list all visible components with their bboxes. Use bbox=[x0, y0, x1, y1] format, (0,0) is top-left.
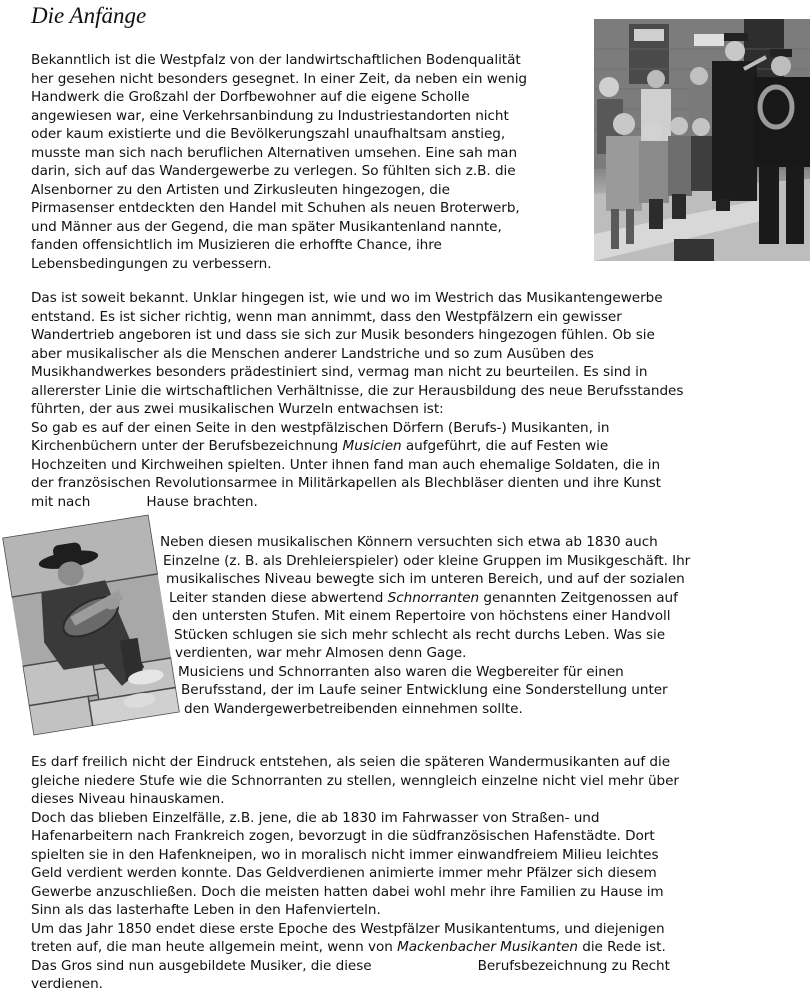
paragraph-line: und Männer aus der Gegend, die man späte… bbox=[31, 218, 502, 236]
hurdy-gurdy-player-photo bbox=[2, 515, 179, 736]
page-title: Die Anfänge bbox=[31, 3, 146, 29]
street-musicians-photo bbox=[594, 19, 810, 261]
paragraph-line: Pirmasenser entdeckten den Handel mit Sc… bbox=[31, 199, 520, 217]
paragraph-line: darin, sich auf das Wandergewerbe zu ver… bbox=[31, 162, 516, 180]
paragraph-line: Sinn als das lasterhafte Leben in den Ha… bbox=[31, 901, 381, 919]
paragraph-line: Leiter standen diese abwertend Schnorran… bbox=[169, 589, 678, 607]
text-span: Berufsbezeichnung zu Recht bbox=[478, 958, 670, 974]
paragraph-line: Alsenborner zu den Artisten und Zirkusle… bbox=[31, 181, 450, 199]
paragraph-line: Berufsstand, der im Laufe seiner Entwick… bbox=[181, 681, 668, 699]
paragraph-line: Einzelne (z. B. als Drehleierspieler) od… bbox=[163, 552, 690, 570]
paragraph-line: mit nachHause brachten. bbox=[31, 493, 258, 511]
paragraph-line: den untersten Stufen. Mit einem Repertoi… bbox=[172, 607, 670, 625]
paragraph-line: Das ist soweit bekannt. Unklar hingegen … bbox=[31, 289, 663, 307]
paragraph-line: der französischen Revolutionsarmee in Mi… bbox=[31, 474, 661, 492]
term-schnorranten: Schnorranten bbox=[388, 590, 479, 606]
paragraph-line: Bekanntlich ist die Westpfalz von der la… bbox=[31, 51, 521, 69]
text-span: Hause brachten. bbox=[146, 494, 257, 510]
paragraph-line: Stücken schlugen sie sich mehr schlecht … bbox=[174, 626, 665, 644]
paragraph-line: Das Gros sind nun ausgebildete Musiker, … bbox=[31, 957, 670, 975]
paragraph-line: gleiche niedere Stufe wie die Schnorrant… bbox=[31, 772, 679, 790]
paragraph-line: Lebensbedingungen zu verbessern. bbox=[31, 255, 271, 273]
paragraph-line: Doch das blieben Einzelfälle, z.B. jene,… bbox=[31, 809, 599, 827]
paragraph-line: Kirchenbüchern unter der Berufsbezeichnu… bbox=[31, 437, 608, 455]
paragraph-line: spielten sie in den Hafenkneipen, wo in … bbox=[31, 846, 658, 864]
paragraph-line: Gewerbe anzuschließen. Doch die meisten … bbox=[31, 883, 664, 901]
term-musicien: Musicien bbox=[343, 438, 402, 454]
paragraph-line: Musiciens und Schnorranten also waren di… bbox=[178, 663, 624, 681]
paragraph-line: Neben diesen musikalischen Könnern versu… bbox=[160, 533, 658, 551]
paragraph-line: dieses Niveau hinauskamen. bbox=[31, 790, 224, 808]
text-span: Leiter standen diese abwertend bbox=[169, 590, 388, 606]
paragraph-line: Hafenarbeitern nach Frankreich zogen, be… bbox=[31, 827, 655, 845]
paragraph-line: treten auf, die man heute allgemein mein… bbox=[31, 938, 666, 956]
paragraph-line: führten, der aus zwei musikalischen Wurz… bbox=[31, 400, 444, 418]
paragraph-line: So gab es auf der einen Seite in den wes… bbox=[31, 419, 609, 437]
text-span: die Rede ist. bbox=[578, 939, 666, 955]
paragraph-line: Handwerk die Großzahl der Dorfbewohner a… bbox=[31, 88, 470, 106]
text-span: Kirchenbüchern unter der Berufsbezeichnu… bbox=[31, 438, 343, 454]
paragraph-line: den Wandergewerbetreibenden einnehmen so… bbox=[184, 700, 523, 718]
paragraph-line: Um das Jahr 1850 endet diese erste Epoch… bbox=[31, 920, 665, 938]
paragraph-line: her gesehen nicht besonders gesegnet. In… bbox=[31, 70, 527, 88]
paragraph-line: Hochzeiten und Kirchweihen spielten. Unt… bbox=[31, 456, 660, 474]
text-span: genannten Zeitgenossen auf bbox=[479, 590, 678, 606]
paragraph-line: aber musikalischer als die Menschen ande… bbox=[31, 345, 594, 363]
paragraph-line: oder kaum existierte und die Bevölkerung… bbox=[31, 125, 505, 143]
paragraph-line: musste man sich nach beruflichen Alterna… bbox=[31, 144, 517, 162]
text-span: treten auf, die man heute allgemein mein… bbox=[31, 939, 397, 955]
paragraph-line: Musikhandwerkes besonders prädestiniert … bbox=[31, 363, 647, 381]
paragraph-line: Es darf freilich nicht der Eindruck ents… bbox=[31, 753, 670, 771]
text-span: aufgeführt, die auf Festen wie bbox=[402, 438, 609, 454]
paragraph-line: verdienten, war mehr Almosen denn Gage. bbox=[175, 644, 466, 662]
paragraph-line: fanden offensichtlich im Musizieren die … bbox=[31, 236, 442, 254]
term-mackenbacher-musikanten: Mackenbacher Musikanten bbox=[397, 939, 578, 955]
paragraph-line: musikalisches Niveau bewegte sich im unt… bbox=[166, 570, 685, 588]
paragraph-line: Wandertrieb angeboren ist und dass sie s… bbox=[31, 326, 655, 344]
text-span: mit nach bbox=[31, 494, 90, 510]
paragraph-line: allererster Linie die wirtschaftlichen V… bbox=[31, 382, 683, 400]
text-span: Das Gros sind nun ausgebildete Musiker, … bbox=[31, 958, 372, 974]
paragraph-line: verdienen. bbox=[31, 975, 103, 993]
paragraph-line: angewiesen war, eine Verkehrsanbindung z… bbox=[31, 107, 509, 125]
paragraph-line: entstand. Es ist sicher richtig, wenn ma… bbox=[31, 308, 622, 326]
paragraph-line: Geld verdient werden konnte. Das Geldver… bbox=[31, 864, 657, 882]
